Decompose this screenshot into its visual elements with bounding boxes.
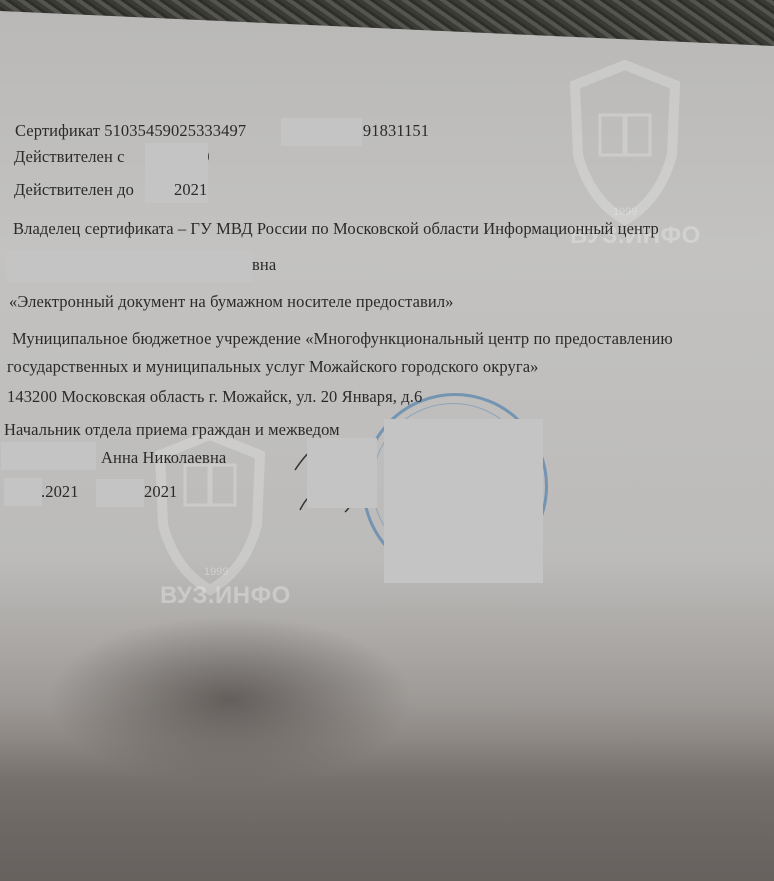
organization-line-2: государственных и муниципальных услуг Мо… [7, 357, 538, 377]
signer-name: Анна Николаевна [101, 448, 226, 468]
signer-position-prefix: Начальник отдела приема граждан и межвед… [4, 420, 340, 439]
valid-to: Действителен до2021 [14, 180, 207, 200]
valid-to-label: Действителен до [14, 180, 134, 199]
valid-to-suffix: 2021 [174, 180, 207, 199]
valid-from-label: Действителен с [14, 147, 125, 166]
certificate-owner: Владелец сертификата – ГУ МВД России по … [13, 219, 659, 239]
redaction-block [4, 478, 42, 506]
watermark-year: 1999 [204, 566, 228, 578]
redaction-block [96, 479, 144, 507]
date-1: .2021 [41, 482, 79, 502]
shield-book-watermark-icon [560, 60, 690, 230]
organization-line-1: Муниципальное бюджетное учреждение «Мног… [12, 329, 673, 349]
redaction-block [7, 250, 252, 282]
watermark-year: 1999 [613, 206, 637, 218]
redaction-block [1, 442, 96, 470]
date-2: 2021 [144, 482, 177, 502]
shadow-overlay [0, 740, 774, 881]
redaction-block [384, 419, 543, 583]
watermark-brand: ВУЗ.ИНФО [160, 582, 291, 610]
certificate-number-prefix: Сертификат 51035459025333497 [15, 121, 246, 140]
redaction-block [281, 118, 362, 146]
organization-address: 143200 Московская область г. Можайск, ул… [7, 387, 422, 407]
redaction-block [307, 438, 377, 508]
certificate-number: Сертификат 51035459025333497269319183115… [15, 121, 429, 141]
owner-name-suffix: вна [252, 255, 276, 275]
provided-by-heading: «Электронный документ на бумажном носите… [9, 292, 454, 312]
